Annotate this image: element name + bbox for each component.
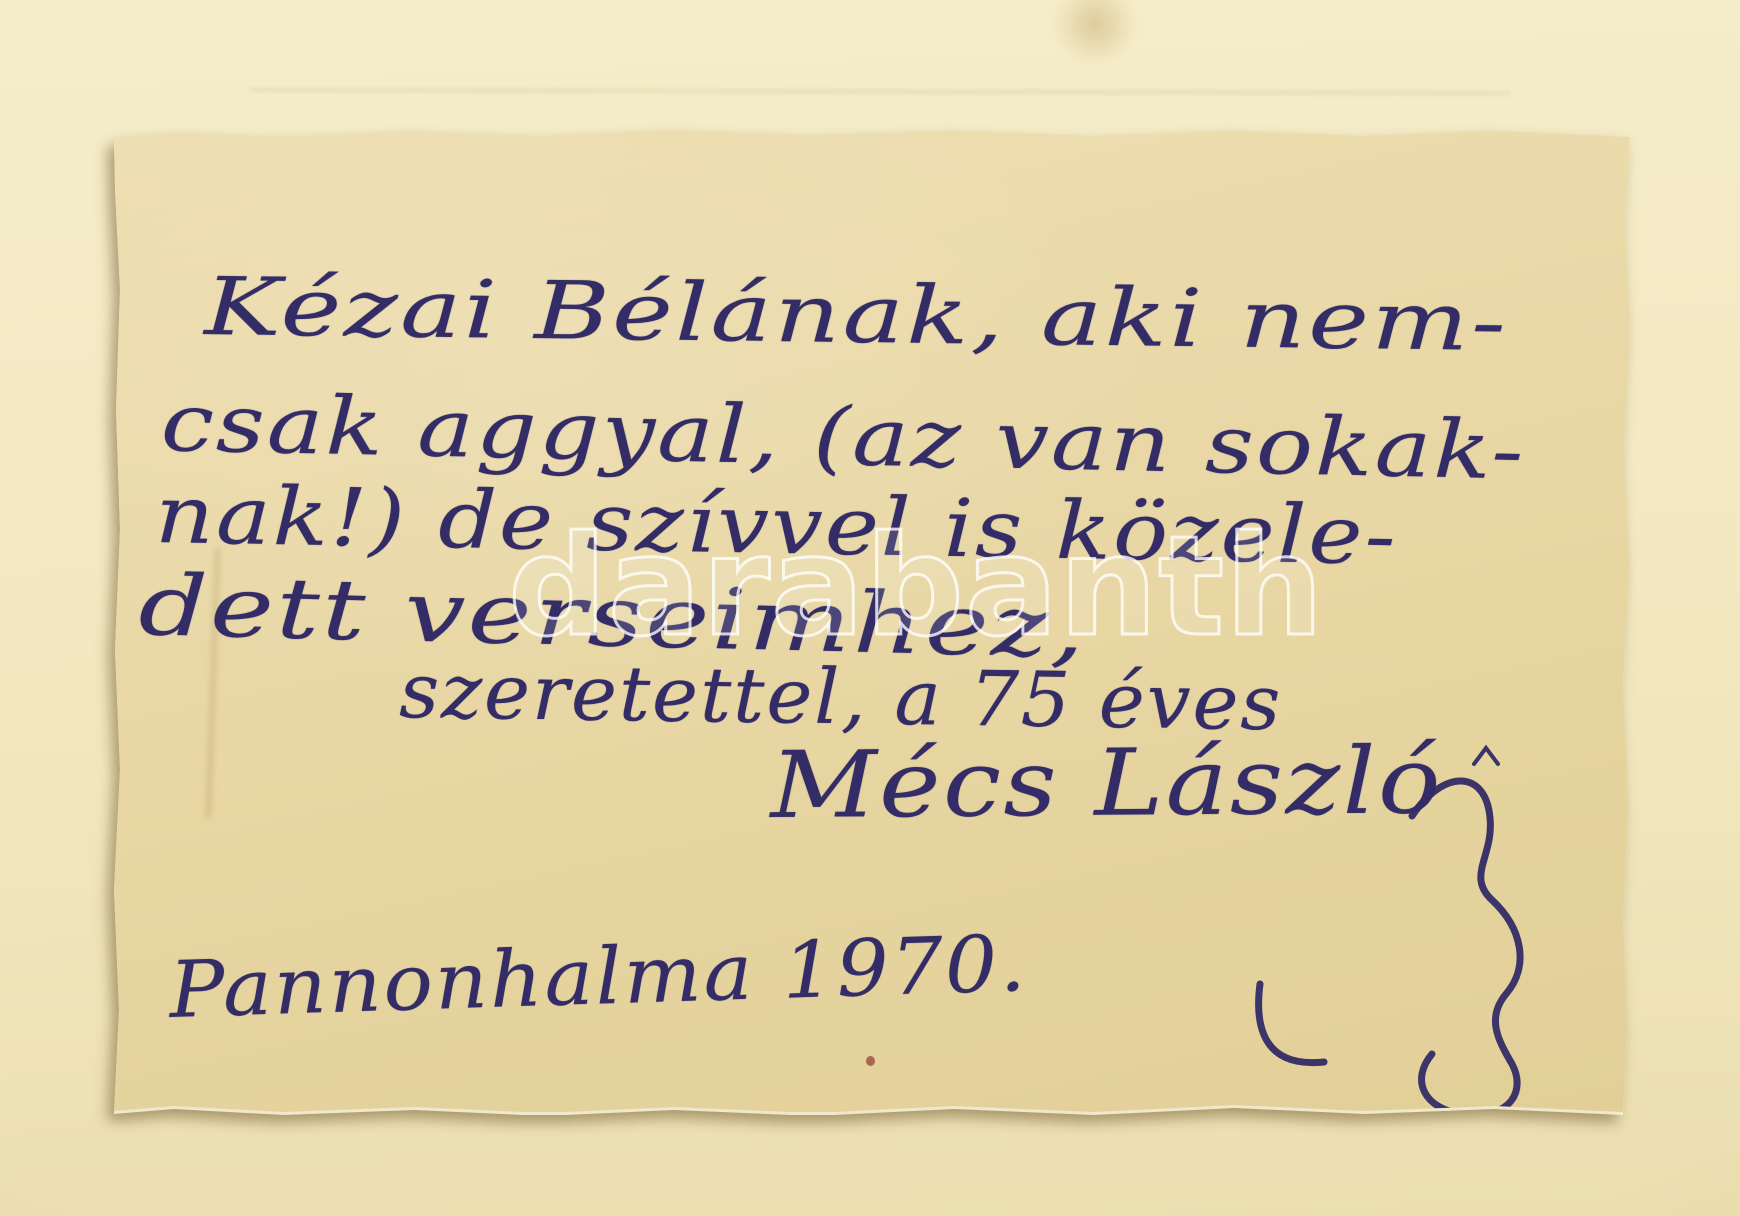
paper-seam bbox=[250, 88, 1510, 94]
signature: Mécs László bbox=[770, 727, 1443, 839]
watermark: darabanth bbox=[508, 518, 1324, 656]
photo-background: Kézai Bélának, aki nem- csak aggyal, (az… bbox=[0, 0, 1740, 1216]
dateline: Pannonhalma 1970. bbox=[168, 919, 1029, 1036]
ink-speck bbox=[866, 1056, 875, 1066]
paper-stain bbox=[1052, 0, 1138, 66]
handwriting-line-1: Kézai Bélának, aki nem- bbox=[204, 260, 1509, 369]
